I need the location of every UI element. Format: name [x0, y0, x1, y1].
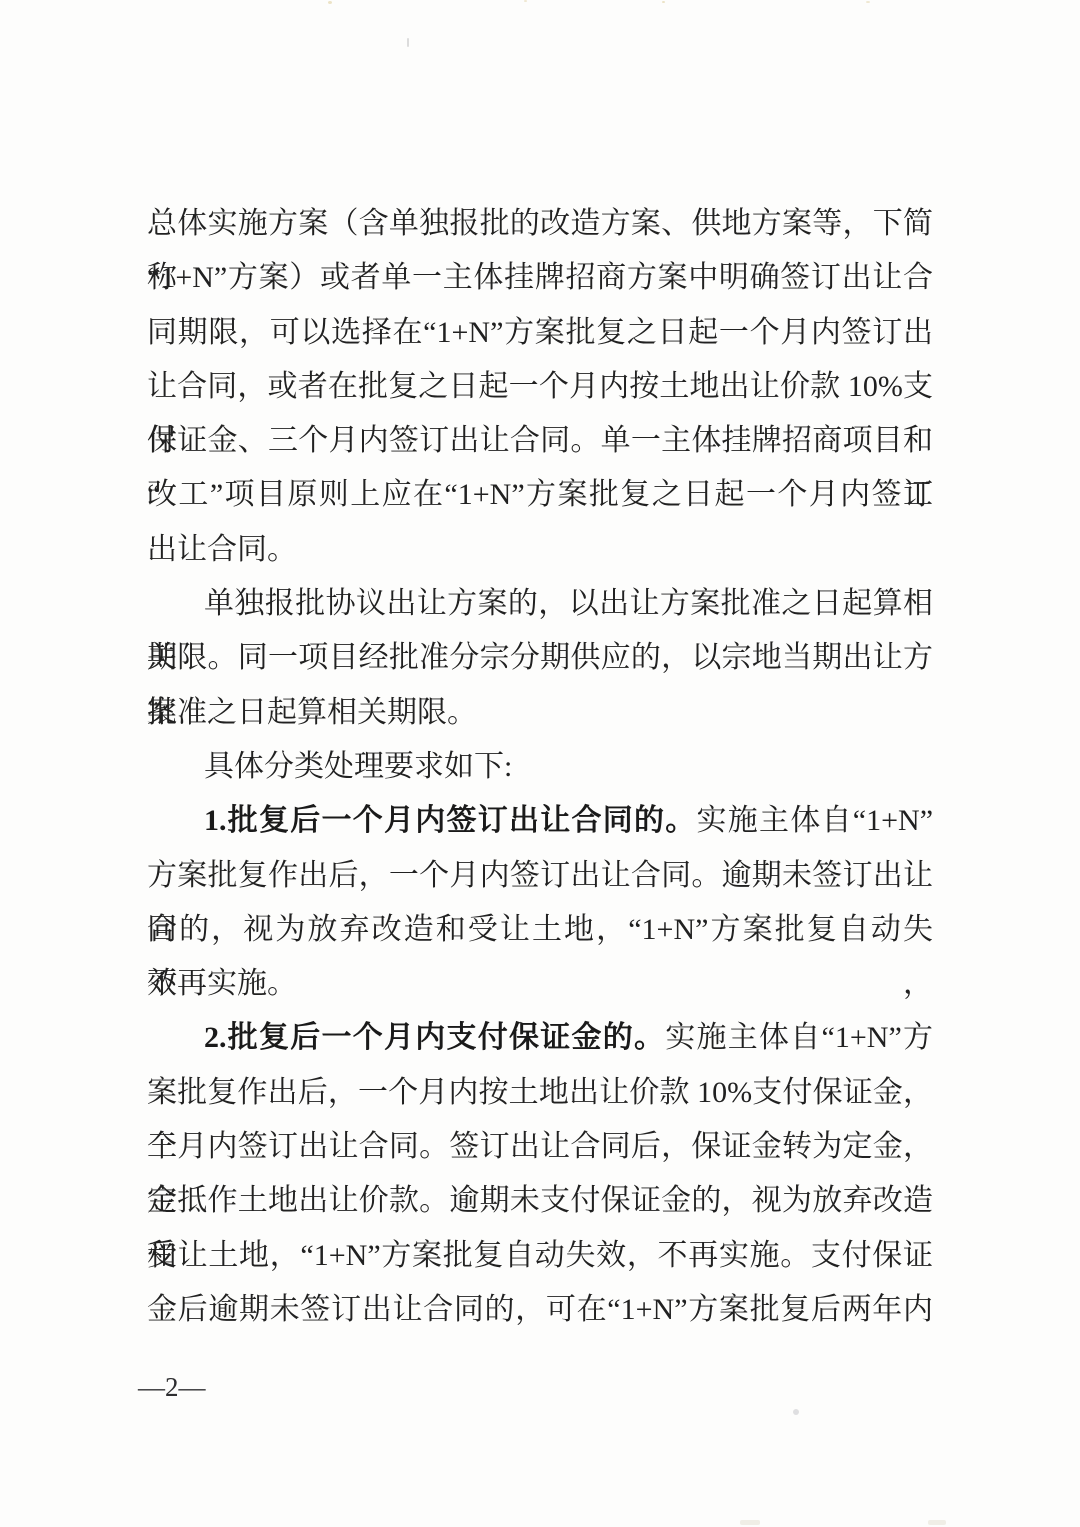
- page-number: —2—: [138, 1372, 206, 1402]
- text-run: 改工”项目原则上应在“1+N”方案批复之日起一个月内签订: [147, 478, 933, 511]
- text-run: 具体分类处理要求如下:: [204, 750, 512, 783]
- text-line: 受让土地，“1+N”方案批复自动失效，不再实施。支付保证: [147, 1229, 933, 1283]
- scan-speck: [662, 1, 665, 3]
- text-line: 同的，视为放弃改造和受让土地，“1+N”方案批复自动失效，: [147, 903, 933, 957]
- text-run: 同期限，可以选择在“1+N”方案批复之日起一个月内签订出: [147, 316, 933, 349]
- text-line: 方案批复作出后，一个月内签订出让合同。逾期未签订出让合: [147, 849, 933, 903]
- text-line: 具体分类处理要求如下:: [147, 740, 933, 794]
- scan-speck: [740, 1520, 760, 1525]
- heading-run: 2.批复后一个月内支付保证金的。: [204, 1021, 665, 1054]
- text-run: 金后逾期未签订出让合同的，可在“1+N”方案批复后两年内: [147, 1293, 933, 1326]
- text-line: 金抵作土地出让价款。逾期未支付保证金的，视为放弃改造和: [147, 1174, 933, 1228]
- text-line: 改工”项目原则上应在“1+N”方案批复之日起一个月内签订: [147, 468, 933, 522]
- text-line: 总体实施方案（含单独报批的改造方案、供地方案等，下简称: [147, 197, 933, 251]
- text-line: 2.批复后一个月内支付保证金的。实施主体自“1+N”方: [147, 1011, 933, 1065]
- text-run: “1+N”方案）或者单一主体挂牌招商方案中明确签订出让合: [147, 261, 933, 294]
- text-line: 金后逾期未签订出让合同的，可在“1+N”方案批复后两年内: [147, 1283, 933, 1337]
- text-line: 让合同，或者在批复之日起一个月内按土地出让价款 10%支付: [147, 360, 933, 414]
- scan-speck: [524, 0, 527, 2]
- scan-speck: [328, 1, 332, 4]
- document-body: 总体实施方案（含单独报批的改造方案、供地方案等，下简称“1+N”方案）或者单一主…: [147, 197, 933, 1337]
- text-run: 实施主体自“1+N”方: [665, 1021, 933, 1054]
- text-line: 同期限，可以选择在“1+N”方案批复之日起一个月内签订出: [147, 306, 933, 360]
- scan-speck: [928, 1520, 946, 1525]
- document-page: 总体实施方案（含单独报批的改造方案、供地方案等，下简称“1+N”方案）或者单一主…: [0, 0, 1080, 1527]
- text-line: 案批复作出后，一个月内按土地出让价款 10%支付保证金，三: [147, 1066, 933, 1120]
- text-line: 个月内签订出让合同。签订出让合同后，保证金转为定金，定: [147, 1120, 933, 1174]
- text-run: 受让土地，“1+N”方案批复自动失效，不再实施。支付保证: [147, 1239, 933, 1272]
- text-run: 出让合同。: [147, 533, 297, 566]
- text-line: 单独报批协议出让方案的，以出让方案批准之日起算相关: [147, 577, 933, 631]
- scan-speck: [793, 1409, 799, 1415]
- scan-speck: [407, 38, 409, 47]
- scan-speck: [866, 1, 870, 3]
- text-line: 出让合同。: [147, 523, 933, 577]
- text-line: 保证金、三个月内签订出让合同。单一主体挂牌招商项目和“工: [147, 414, 933, 468]
- text-line: “1+N”方案）或者单一主体挂牌招商方案中明确签订出让合: [147, 251, 933, 305]
- text-run: 实施主体自“1+N”: [697, 804, 933, 837]
- text-line: 批准之日起算相关期限。: [147, 686, 933, 740]
- text-line: 1.批复后一个月内签订出让合同的。实施主体自“1+N”: [147, 794, 933, 848]
- heading-run: 1.批复后一个月内签订出让合同的。: [204, 804, 697, 837]
- text-line: 期限。同一项目经批准分宗分期供应的，以宗地当期出让方案: [147, 631, 933, 685]
- text-run: 批准之日起算相关期限。: [147, 696, 477, 729]
- text-run: 不再实施。: [147, 967, 297, 1000]
